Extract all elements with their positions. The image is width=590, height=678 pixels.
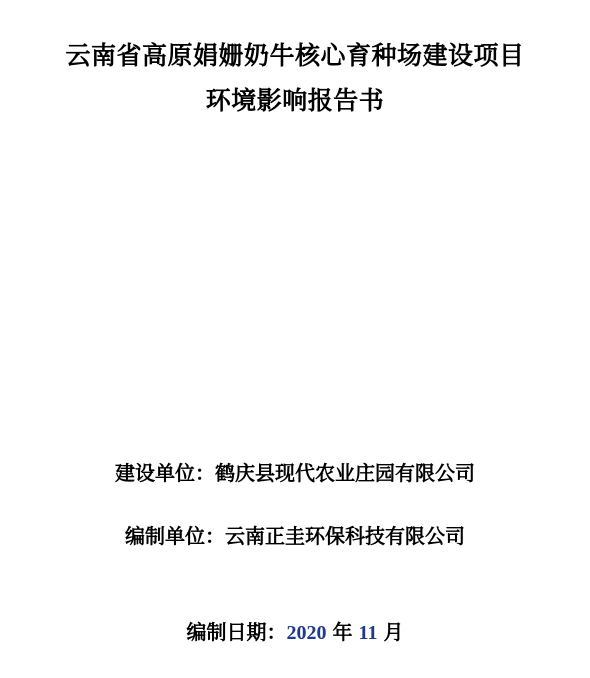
report-title-line2: 环境影响报告书 — [0, 79, 590, 124]
report-title-line1: 云南省高原娟姗奶牛核心育种场建设项目 — [0, 34, 590, 79]
compile-unit-label: 编制单位： — [125, 526, 225, 548]
compile-date-line: 编制日期：2020年11月 — [0, 621, 590, 645]
compile-date-year: 2020 — [287, 622, 327, 644]
compile-date-year-unit: 年 — [333, 622, 353, 644]
construction-unit-value: 鹤庆县现代农业庄园有限公司 — [215, 463, 475, 485]
report-cover-page: 云南省高原娟姗奶牛核心育种场建设项目 环境影响报告书 建设单位：鹤庆县现代农业庄… — [0, 0, 590, 678]
compile-unit-value: 云南正圭环保科技有限公司 — [225, 526, 465, 548]
construction-unit-label: 建设单位： — [115, 463, 215, 485]
compile-unit-line: 编制单位：云南正圭环保科技有限公司 — [0, 525, 590, 549]
report-title: 云南省高原娟姗奶牛核心育种场建设项目 环境影响报告书 — [0, 34, 590, 124]
compile-date-label: 编制日期： — [187, 622, 287, 644]
compile-date-month-unit: 月 — [383, 622, 403, 644]
compile-date-month: 11 — [359, 622, 378, 644]
construction-unit-line: 建设单位：鹤庆县现代农业庄园有限公司 — [0, 462, 590, 486]
